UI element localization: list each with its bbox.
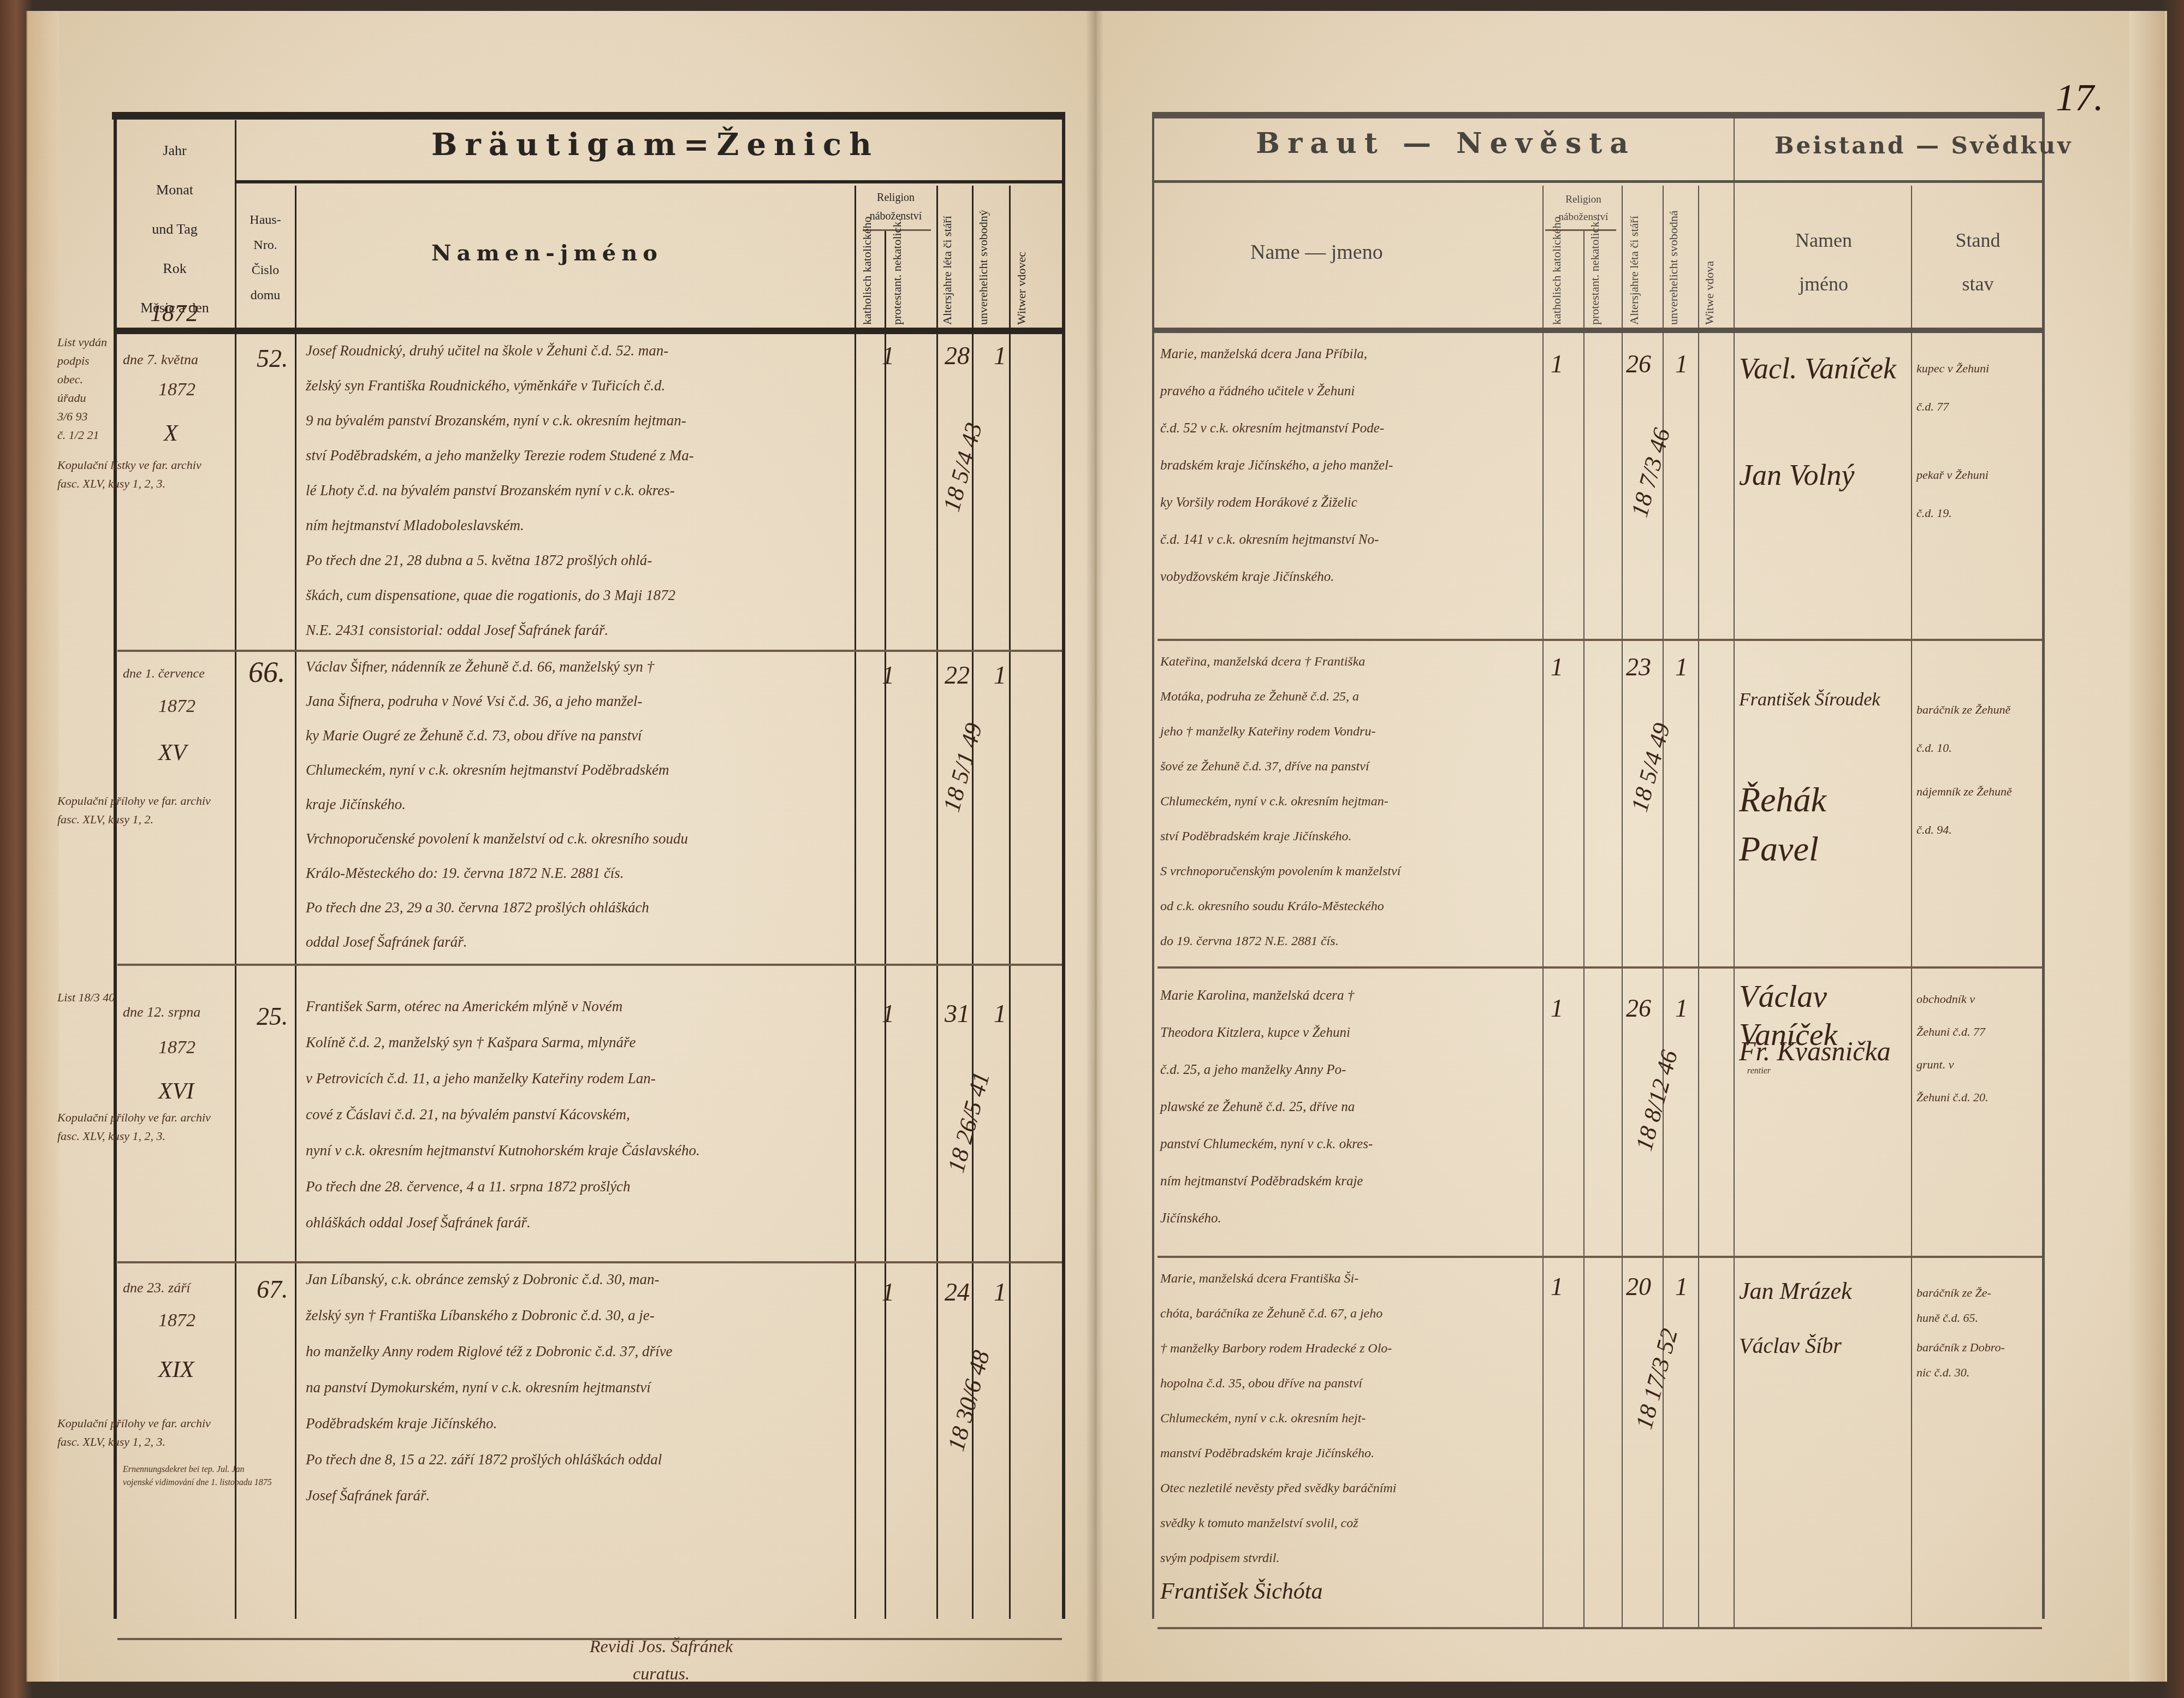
- groom-age: 24: [945, 1278, 970, 1307]
- stand-line: pekař v Žehuni: [1916, 456, 2039, 494]
- house-number: 66.: [248, 655, 286, 689]
- witness-stand: kupec v Žehuni č.d. 77: [1916, 349, 2039, 426]
- margin-note-military: Ernennungsdekret bei tep. Jul. Jan vojen…: [123, 1463, 303, 1489]
- bride-description: Marie, manželská dcera Františka Ši- chó…: [1160, 1261, 1542, 1576]
- margin-line: fasc. XLV, kusy 1, 2, 3.: [57, 1127, 243, 1145]
- text-line: Po třech dne 8, 15 a 22. září 1872 prošl…: [306, 1441, 863, 1477]
- entry-roman-number: XIX: [158, 1349, 194, 1391]
- text-line: jeho † manželky Kateřiny rodem Vondru-: [1160, 714, 1542, 749]
- revision-signature: Revidi Jos. Šafránek curatus.: [590, 1632, 733, 1687]
- margin-line: fasc. XLV, kusy 1, 2, 3.: [57, 474, 243, 493]
- text-line: želský syn † Františka Líbanského z Dobr…: [306, 1297, 863, 1333]
- stand-line: č.d. 10.: [1916, 729, 2039, 767]
- stand-line: Žehuni č.d. 20.: [1916, 1081, 2039, 1114]
- text-line: bradském kraje Jičínského, a jeho manžel…: [1160, 447, 1542, 484]
- text-line: panství Chlumeckém, nyní v c.k. okres-: [1160, 1126, 1542, 1163]
- stand-line: grunt. v: [1916, 1048, 2039, 1081]
- groom-section-title: Bräutigam=Ženich: [431, 127, 879, 163]
- header-divider: [1152, 180, 2042, 183]
- witness-stand: baráčník z Dobro- nic č.d. 30.: [1916, 1335, 2039, 1385]
- text-line: Chlumeckém, nyní v c.k. okresním hejt-: [1160, 1401, 1542, 1436]
- groom-description: Josef Roudnický, druhý učitel na škole v…: [306, 333, 852, 648]
- col-line: [1583, 229, 1584, 1627]
- witness-stand: nájemník ze Žehuně č.d. 94.: [1916, 773, 2039, 849]
- witness-signature: Jan Mrázek: [1739, 1272, 1914, 1310]
- header-domu: domu: [238, 283, 293, 308]
- text-line: ství Poděbradském, a jeho manželky Terez…: [306, 438, 852, 473]
- entry-separator: [117, 964, 1062, 966]
- text-line: Kolíně č.d. 2, manželský syn † Kašpara S…: [306, 1024, 863, 1060]
- margin-line: Kopulační přílohy ve far. archiv: [57, 1108, 243, 1127]
- col-line: [885, 229, 886, 1619]
- entry-separator: [1158, 1256, 2042, 1258]
- header-protestant: protestant. nekatolick.: [1588, 238, 1602, 325]
- text-line: Kateřina, manželská dcera † Františka: [1160, 644, 1542, 679]
- house-number: 67.: [257, 1275, 288, 1304]
- groom-age: 31: [945, 999, 970, 1028]
- catholic-mark: 1: [882, 661, 894, 690]
- margin-note: List vydán podpis obec. úřadu 3/6 93 č. …: [57, 333, 115, 444]
- right-page-edge: [2129, 11, 2165, 1682]
- margin-line: Kopulační lístky ve far. archiv: [57, 456, 243, 474]
- text-line: svým podpisem stvrdil.: [1160, 1541, 1542, 1576]
- col-line: [295, 186, 296, 1619]
- text-line: ho manželky Anny rodem Riglové též z Dob…: [306, 1333, 863, 1369]
- entry-year: 1872: [158, 1299, 195, 1342]
- col-line: [1542, 186, 1544, 1627]
- witness-signature: František Šíroudek: [1739, 688, 1908, 712]
- text-line: do 19. června 1872 N.E. 2881 čís.: [1160, 924, 1542, 959]
- text-line: hopolna č.d. 35, obou dříve na panství: [1160, 1366, 1542, 1401]
- col-line: [1698, 186, 1699, 1627]
- single-mark: 1: [994, 1278, 1006, 1307]
- margin-line: vojenské vidimování dne 1. listopadu 187…: [123, 1476, 303, 1489]
- margin-note-archive: Kopulační přílohy ve far. archiv fasc. X…: [57, 1108, 243, 1145]
- margin-line: 3/6 93: [57, 407, 115, 426]
- groom-description: František Sarm, otérec na Americkém mlýn…: [306, 988, 863, 1240]
- left-page-edge: [26, 11, 59, 1682]
- single-mark: 1: [994, 341, 1006, 370]
- catholic-mark: 1: [1551, 652, 1563, 681]
- text-line: kraje Jičínského.: [306, 787, 852, 822]
- book-gutter: [1087, 11, 1103, 1682]
- text-line: od c.k. okresního soudu Králo-Městeckého: [1160, 889, 1542, 924]
- stand-line: č.d. 77: [1916, 388, 2039, 426]
- witness-title: rentier: [1747, 1062, 1771, 1080]
- witness-stand: grunt. v Žehuni č.d. 20.: [1916, 1048, 2039, 1114]
- single-mark: 1: [1675, 652, 1688, 681]
- text-line: vobydžovském kraje Jičínského.: [1160, 559, 1542, 596]
- witness-signature: Jan Volný: [1739, 456, 1908, 494]
- text-line: oddal Josef Šafránek farář.: [306, 925, 852, 959]
- bride-age: 26: [1626, 994, 1651, 1023]
- col-line: [1734, 115, 1735, 1627]
- header-stav: stav: [1914, 262, 2042, 306]
- text-line: č.d. 25, a jeho manželky Anny Po-: [1160, 1052, 1542, 1089]
- header-catholic: katholisch katolického: [1550, 238, 1564, 325]
- table-top-border: [112, 112, 1065, 120]
- witness-stand-header: Stand stav: [1914, 218, 2042, 306]
- text-line: 9 na bývalém panství Brozanském, nyní v …: [306, 403, 852, 438]
- text-line: v Petrovicích č.d. 11, a jeho manželky K…: [306, 1060, 863, 1096]
- margin-line: podpis obec.: [57, 352, 115, 389]
- text-line: manství Poděbradském kraje Jičínského.: [1160, 1436, 1542, 1471]
- groom-age: 22: [945, 661, 970, 690]
- text-line: ství Poděbradském kraje Jičínského.: [1160, 819, 1542, 854]
- header-age: Altersjahre léta či stáří: [940, 235, 954, 325]
- text-line: chóta, baráčníka ze Žehuně č.d. 67, a je…: [1160, 1296, 1542, 1331]
- text-line: ky Marie Ougré ze Žehuně č.d. 73, obou d…: [306, 719, 852, 753]
- groom-age: 28: [945, 341, 970, 370]
- text-line: S vrchnoporučenským povolením k manželst…: [1160, 854, 1542, 889]
- text-line: Motáka, podruha ze Žehuně č.d. 25, a: [1160, 679, 1542, 714]
- margin-line: fasc. XLV, kusy 1, 2, 3.: [57, 1433, 243, 1451]
- witness-signature: Václav Šíbr: [1739, 1327, 1914, 1365]
- text-line: plawské ze Žehuně č.d. 25, dříve na: [1160, 1089, 1542, 1126]
- text-line: šové ze Žehuně č.d. 37, dříve na panství: [1160, 749, 1542, 784]
- witness-signature: Vacl. Vaníček: [1739, 349, 1908, 388]
- stand-line: baráčník ze Že-: [1916, 1280, 2039, 1305]
- text-line: Josef Šafránek farář.: [306, 1477, 863, 1513]
- father-signature: František Šichóta: [1160, 1572, 1322, 1611]
- text-line: Chlumeckém, nyní v c.k. okresním hejtman…: [306, 753, 852, 787]
- col-line: [235, 120, 236, 1619]
- witness-stand: baráčník ze Žehuně č.d. 10.: [1916, 691, 2039, 767]
- margin-line: Kopulační přílohy ve far. archiv: [57, 792, 243, 810]
- header-namen: Namen: [1736, 218, 1911, 262]
- text-line: Vrchnoporučenské povolení k manželství o…: [306, 822, 852, 856]
- groom-description: Václav Šifner, nádenník ze Žehuně č.d. 6…: [306, 650, 852, 959]
- page-number: 17.: [2056, 76, 2104, 120]
- single-mark: 1: [994, 661, 1006, 690]
- groom-description: Jan Líbanský, c.k. obránce zemský z Dobr…: [306, 1261, 863, 1513]
- text-line: Jan Líbanský, c.k. obránce zemský z Dobr…: [306, 1261, 863, 1297]
- stand-line: kupec v Žehuni: [1916, 349, 2039, 388]
- text-line: Po třech dne 28. července, 4 a 11. srpna…: [306, 1168, 863, 1204]
- text-line: Jana Šifnera, podruha v Nové Vsi č.d. 36…: [306, 684, 852, 719]
- text-line: Marie, manželská dcera Jana Příbila,: [1160, 336, 1542, 373]
- header-unmarried: unverehelicht svobodná: [1666, 238, 1681, 325]
- stand-line: č.d. 94.: [1916, 811, 2039, 849]
- text-line: Po třech dne 21, 28 dubna a 5. května 18…: [306, 543, 852, 578]
- margin-line: fasc. XLV, kusy 1, 2.: [57, 810, 243, 829]
- text-line: Václav Šifner, nádenník ze Žehuně č.d. 6…: [306, 650, 852, 684]
- header-divider: [235, 180, 1062, 183]
- entry-year: 1872: [158, 685, 195, 728]
- margin-line: List vydán: [57, 333, 115, 352]
- entry-year: 1872: [158, 369, 195, 411]
- text-line: želský syn Františka Roudnického, výměnk…: [306, 368, 852, 403]
- col-line: [1009, 186, 1011, 1619]
- header-rok: Rok: [117, 249, 232, 288]
- text-line: Jičínského.: [1160, 1200, 1542, 1237]
- entry-separator: [1158, 966, 2042, 969]
- bride-section-title: Braut — Nevěsta: [1256, 127, 1636, 160]
- header-nro: Nro.: [238, 233, 293, 258]
- header-age: Altersjahre léta či stáří: [1627, 238, 1641, 325]
- witness-stand: pekař v Žehuni č.d. 19.: [1916, 456, 2039, 532]
- text-line: ky Voršily rodem Horákové z Žiželic: [1160, 484, 1542, 521]
- header-jmeno: jméno: [1736, 262, 1911, 306]
- catholic-mark: 1: [882, 1278, 894, 1307]
- text-line: ohláškách oddal Josef Šafránek farář.: [306, 1204, 863, 1240]
- table-top-border: [1152, 112, 2042, 118]
- witness-name-header: Namen jméno: [1736, 218, 1911, 306]
- entry-year: 1872: [158, 1026, 195, 1069]
- single-mark: 1: [1675, 349, 1688, 378]
- margin-note-archive: Kopulační přílohy ve far. archiv fasc. X…: [57, 1414, 243, 1451]
- text-line: Theodora Kitzlera, kupce v Žehuni: [1160, 1014, 1542, 1052]
- text-line: pravého a řádného učitele v Žehuni: [1160, 373, 1542, 410]
- witness-section-title: Beistand — Svědkuv: [1775, 132, 2073, 159]
- text-line: Marie Karolina, manželská dcera †: [1160, 977, 1542, 1014]
- header-monat: Monat: [117, 170, 232, 210]
- bride-age: 23: [1626, 652, 1651, 681]
- entry-roman-number: XVI: [158, 1070, 194, 1113]
- header-unmarried: unverehelicht svobodný: [976, 235, 990, 325]
- header-widower: Witwer vdovec: [1014, 257, 1029, 325]
- stand-line: nájemník ze Žehuně: [1916, 773, 2039, 811]
- text-line: č.d. 141 v c.k. okresním hejtmanství No-: [1160, 521, 1542, 559]
- text-line: ním hejtmanství Mladoboleslavském.: [306, 508, 852, 543]
- entry-separator: [1158, 1627, 2042, 1629]
- margin-note-archive: Kopulační lístky ve far. archiv fasc. XL…: [57, 456, 243, 493]
- text-line: Marie, manželská dcera Františka Ši-: [1160, 1261, 1542, 1296]
- entry-separator: [1158, 639, 2042, 641]
- bride-name-header: Name — jmeno: [1250, 240, 1383, 264]
- text-line: Otec nezletilé nevěsty před svědky baráč…: [1160, 1471, 1542, 1506]
- text-line: svědky k tomuto manželství svolil, což: [1160, 1506, 1542, 1541]
- header-stand: Stand: [1914, 218, 2042, 262]
- text-line: cové z Čáslavi č.d. 21, na bývalém panst…: [306, 1096, 863, 1132]
- stand-line: č.d. 19.: [1916, 494, 2039, 532]
- catholic-mark: 1: [1551, 349, 1563, 378]
- text-line: Králo-Městeckého do: 19. června 1872 N.E…: [306, 856, 852, 890]
- house-number: 25.: [257, 1002, 288, 1031]
- house-number-header: Haus- Nro. Čislo domu: [238, 207, 293, 308]
- stand-line: Žehuni č.d. 77: [1916, 1016, 2039, 1048]
- text-line: škách, cum dispensatione, quae die rogat…: [306, 578, 852, 613]
- register-year: 1872: [150, 299, 198, 327]
- header-cislo: Čislo: [238, 258, 293, 283]
- bride-description: Kateřina, manželská dcera † Františka Mo…: [1160, 644, 1542, 959]
- witness-stand: baráčník ze Že- huně č.d. 65.: [1916, 1280, 2039, 1331]
- single-mark: 1: [994, 999, 1006, 1028]
- header-religion: Religion: [856, 188, 935, 207]
- text-line: Po třech dne 23, 29 a 30. června 1872 pr…: [306, 890, 852, 925]
- signature-line: Revidi Jos. Šafránek: [590, 1632, 733, 1660]
- header-widow: Witwe vdova: [1702, 273, 1717, 325]
- single-mark: 1: [1675, 1272, 1688, 1301]
- catholic-mark: 1: [882, 999, 894, 1028]
- margin-note: List 18/3 40: [57, 988, 117, 1007]
- text-line: Poděbradském kraje Jičínského.: [306, 1405, 863, 1441]
- date-column-header: Jahr Monat und Tag Rok Měsic a den: [117, 131, 232, 328]
- bride-age: 20: [1626, 1272, 1651, 1301]
- header-religion: Religion: [1545, 191, 1622, 209]
- stand-line: baráčník ze Žehuně: [1916, 691, 2039, 729]
- table-right-border: [2042, 112, 2045, 1619]
- stand-line: nic č.d. 30.: [1916, 1360, 2039, 1385]
- entry-roman-number: XV: [158, 732, 186, 774]
- text-line: č.d. 52 v c.k. okresním hejtmanství Pode…: [1160, 410, 1542, 447]
- header-protestant: protestant. nekatolick.: [890, 235, 904, 325]
- margin-note-archive: Kopulační přílohy ve far. archiv fasc. X…: [57, 792, 243, 829]
- stand-line: baráčník z Dobro-: [1916, 1335, 2039, 1360]
- single-mark: 1: [1675, 994, 1688, 1023]
- table-left-border: [1152, 112, 1154, 1619]
- text-line: na panství Dymokurském, nyní v c.k. okre…: [306, 1369, 863, 1405]
- text-line: Josef Roudnický, druhý učitel na škole v…: [306, 333, 852, 368]
- col-line: [1663, 186, 1664, 1627]
- col-line: [1622, 186, 1623, 1627]
- header-haus: Haus-: [238, 207, 293, 233]
- header-catholic: katholisch katolického: [860, 235, 874, 325]
- header-jahr: Jahr: [117, 131, 232, 170]
- text-line: nyní v c.k. okresním hejtmanství Kutnoho…: [306, 1132, 863, 1168]
- text-line: Chlumeckém, nyní v c.k. okresním hejtman…: [1160, 784, 1542, 819]
- text-line: ním hejtmanství Poděbradském kraje: [1160, 1163, 1542, 1200]
- stand-line: huně č.d. 65.: [1916, 1305, 2039, 1331]
- header-und-tag: und Tag: [117, 210, 232, 249]
- margin-line: úřadu: [57, 389, 115, 407]
- catholic-mark: 1: [1551, 994, 1563, 1023]
- table-right-border: [1062, 112, 1065, 1619]
- entry-roman-number: X: [164, 412, 178, 455]
- margin-line: Ernennungsdekret bei tep. Jul. Jan: [123, 1463, 303, 1476]
- text-line: N.E. 2431 consistorial: oddal Josef Šafr…: [306, 613, 852, 648]
- bride-description: Marie, manželská dcera Jana Příbila, pra…: [1160, 336, 1542, 596]
- signature-title: curatus.: [590, 1660, 733, 1687]
- text-line: lé Lhoty č.d. na bývalém panství Brozans…: [306, 473, 852, 508]
- groom-name-header: Namen-jméno: [431, 240, 663, 266]
- catholic-mark: 1: [1551, 1272, 1563, 1301]
- bride-age: 26: [1626, 349, 1651, 378]
- house-number: 52.: [257, 344, 288, 373]
- stand-line: obchodník v: [1916, 983, 2039, 1016]
- text-line: † manželky Barbory rodem Hradecké z Olo-: [1160, 1331, 1542, 1366]
- text-line: František Sarm, otérec na Americkém mlýn…: [306, 988, 863, 1024]
- margin-line: Kopulační přílohy ve far. archiv: [57, 1414, 243, 1433]
- witness-stand: obchodník v Žehuni č.d. 77: [1916, 983, 2039, 1048]
- col-line: [936, 186, 938, 1619]
- catholic-mark: 1: [882, 341, 894, 370]
- header-bottom-border: [1152, 328, 2042, 333]
- margin-line: č. 1/2 21: [57, 426, 115, 444]
- witness-signature: Řehák Pavel: [1739, 775, 1908, 874]
- col-line: [1911, 186, 1912, 1627]
- bride-description: Marie Karolina, manželská dcera † Theodo…: [1160, 977, 1542, 1237]
